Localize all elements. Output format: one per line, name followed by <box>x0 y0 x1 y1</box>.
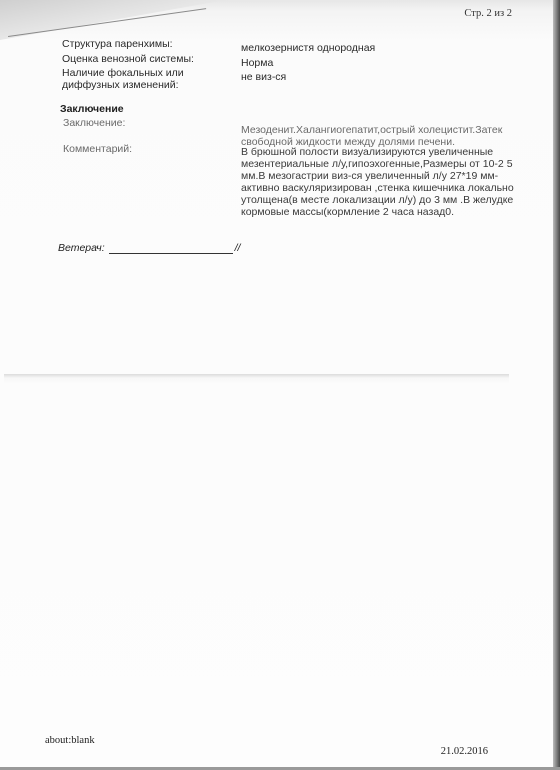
field-label-parenchyma: Структура паренхимы: <box>62 38 232 50</box>
field-value-venous: Норма <box>241 57 521 69</box>
footer-url: about:blank <box>45 735 95 746</box>
section-title-conclusion: Заключение <box>60 103 124 115</box>
signature-line <box>109 242 233 254</box>
page-indicator: Стр. 2 из 2 <box>464 8 512 19</box>
paper-fold <box>4 374 509 384</box>
footer-date: 21.02.2016 <box>441 746 488 757</box>
comment-text: В брюшной полости визуализируются увелич… <box>241 146 519 218</box>
field-value-parenchyma: мелкозернистя однородная <box>241 42 521 54</box>
signature-label: Ветерач: <box>58 242 105 254</box>
signature-block: Ветерач: // <box>58 242 240 254</box>
scanned-page <box>0 0 553 770</box>
conclusion-label: Заключение: <box>63 117 233 129</box>
comment-label: Комментарий: <box>63 143 233 155</box>
signature-suffix: // <box>235 242 241 254</box>
field-label-focal: Наличие фокальных или диффузных изменени… <box>62 67 234 91</box>
conclusion-text: Мезоденит.Халангиогепатит,острый холецис… <box>241 124 511 148</box>
field-value-focal: не виз-ся <box>241 71 521 83</box>
scan-edge-right <box>553 0 560 770</box>
field-label-venous: Оценка венозной системы: <box>62 53 232 65</box>
